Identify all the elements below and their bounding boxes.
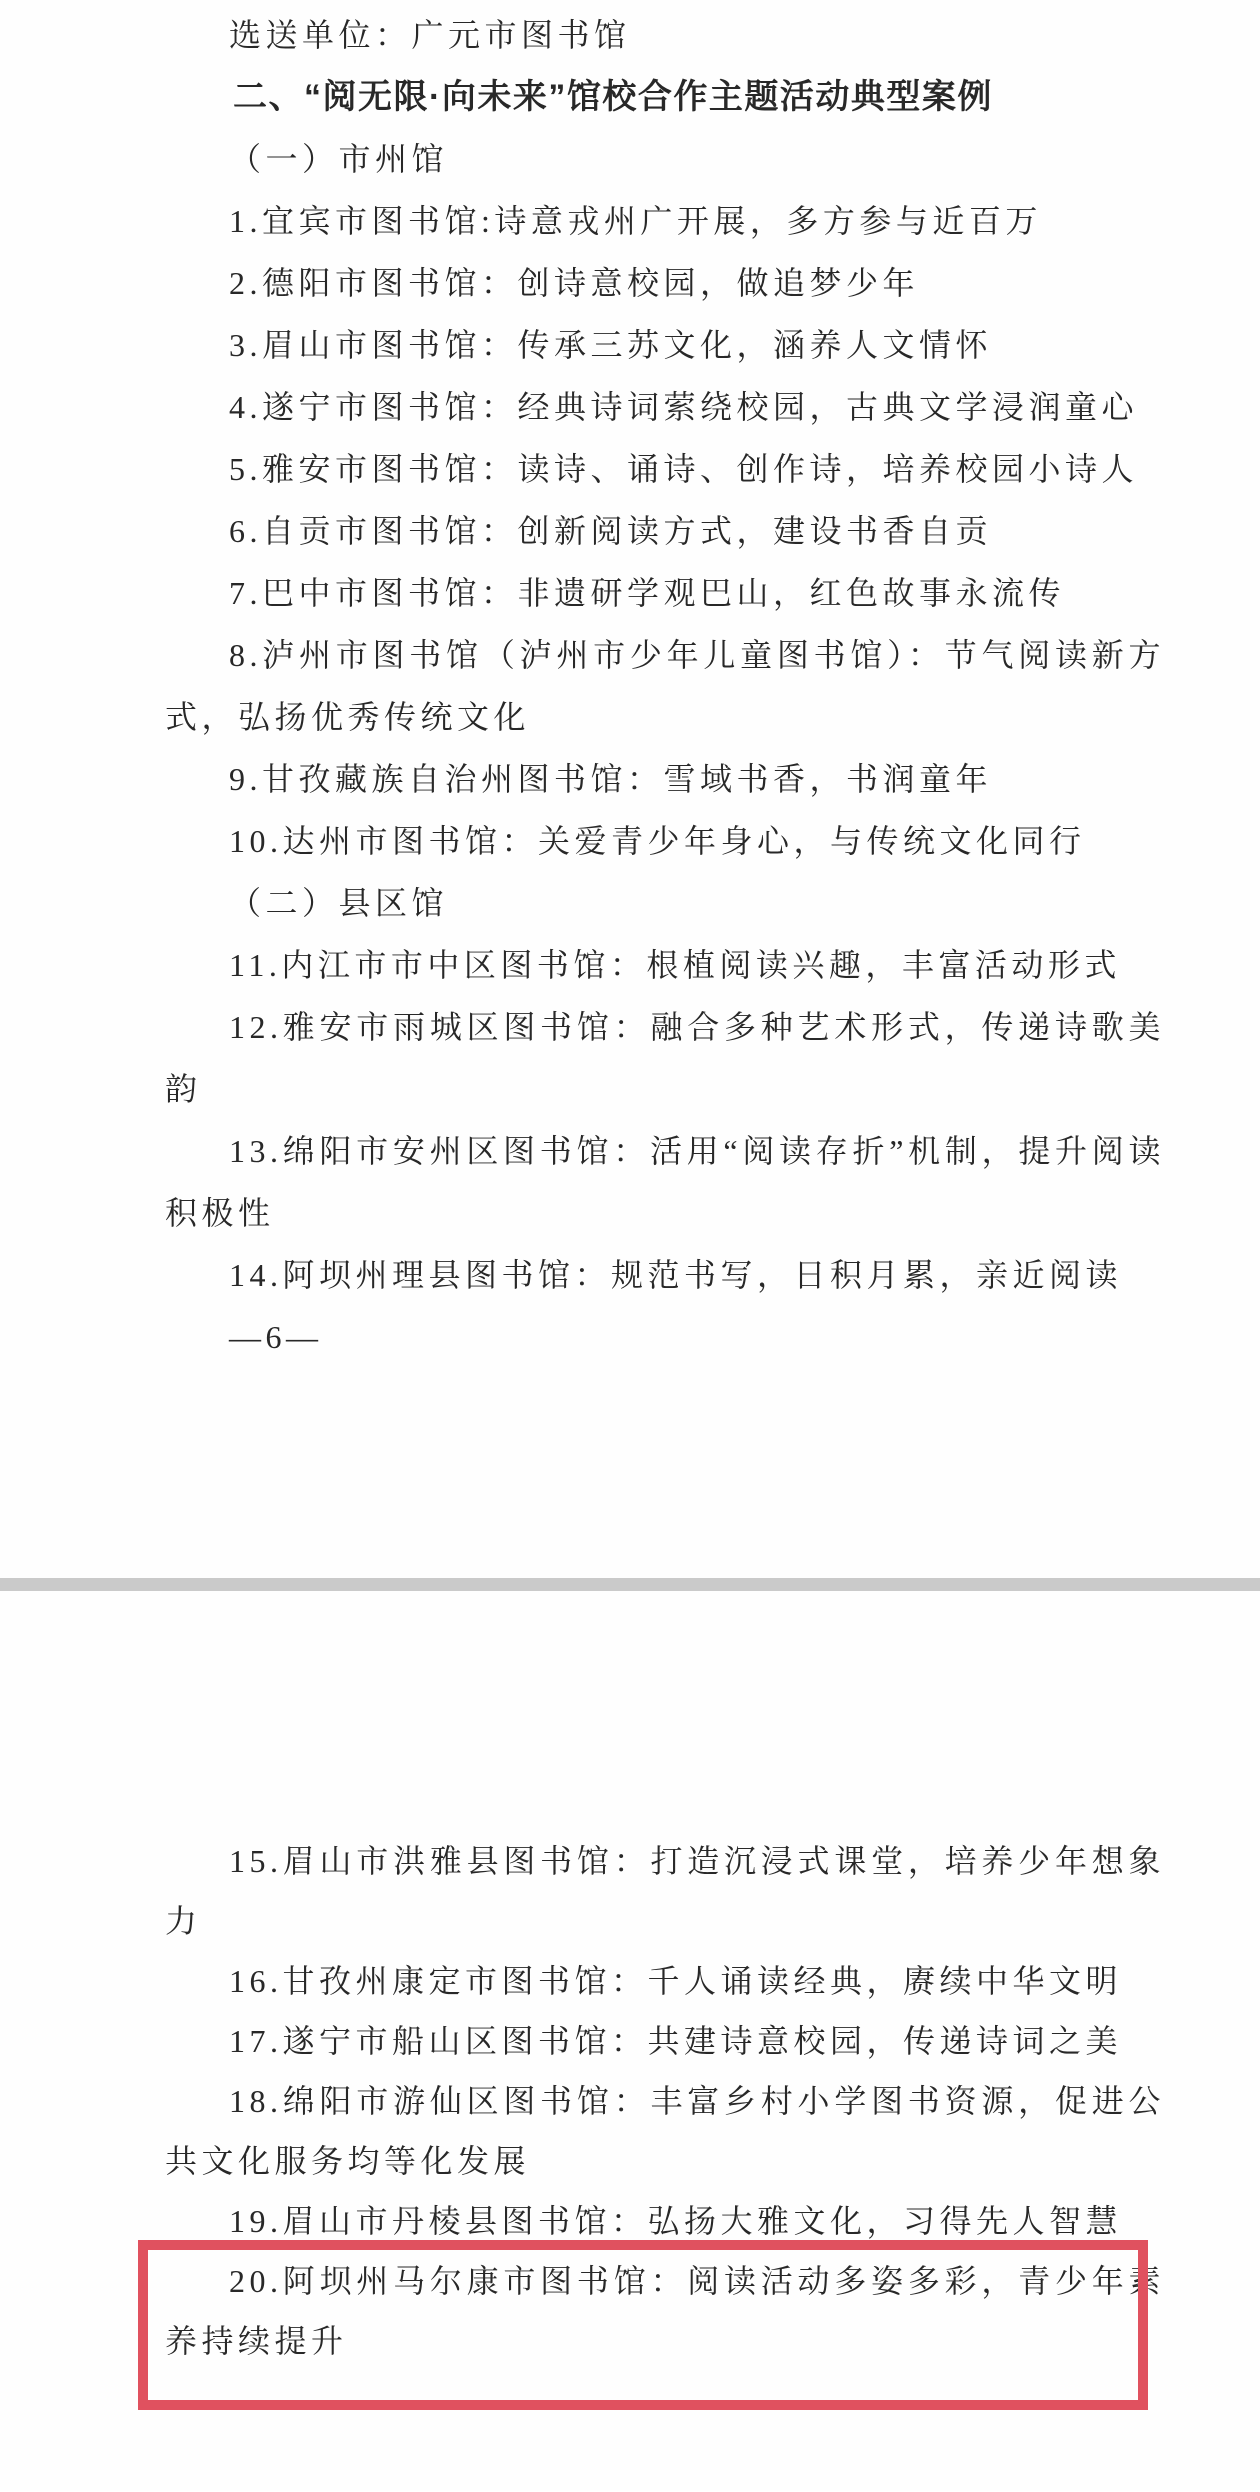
case-item-15: 15.眉山市洪雅县图书馆：打造沉浸式课堂，培养少年想象力 — [165, 1831, 1165, 1951]
case-item-4: 4.遂宁市图书馆：经典诗词萦绕校园，古典文学浸润童心 — [165, 376, 1165, 438]
case-item-1: 1.宜宾市图书馆:诗意戎州广开展，多方参与近百万 — [165, 190, 1165, 252]
case-item-3: 3.眉山市图书馆：传承三苏文化，涵养人文情怀 — [165, 314, 1165, 376]
subsection-county-libraries: （二）县区馆 — [165, 872, 1165, 934]
section-heading: 二、“阅无限·向未来”馆校合作主题活动典型案例 — [165, 66, 1165, 128]
page-number: —6— — [165, 1306, 1165, 1368]
case-item-2: 2.德阳市图书馆：创诗意校园，做追梦少年 — [165, 252, 1165, 314]
subsection-city-libraries: （一）市州馆 — [165, 128, 1165, 190]
case-item-12: 12.雅安市雨城区图书馆：融合多种艺术形式，传递诗歌美韵 — [165, 996, 1165, 1120]
document-page-7: 15.眉山市洪雅县图书馆：打造沉浸式课堂，培养少年想象力 16.甘孜州康定市图书… — [0, 1591, 1260, 2491]
case-item-8: 8.泸州市图书馆（泸州市少年儿童图书馆）：节气阅读新方式，弘扬优秀传统文化 — [165, 624, 1165, 748]
case-item-6: 6.自贡市图书馆：创新阅读方式，建设书香自贡 — [165, 500, 1165, 562]
case-item-7: 7.巴中市图书馆：非遗研学观巴山，红色故事永流传 — [165, 562, 1165, 624]
case-item-13: 13.绵阳市安州区图书馆：活用“阅读存折”机制，提升阅读积极性 — [165, 1120, 1165, 1244]
submitter-line: 选送单位：广元市图书馆 — [165, 4, 1165, 66]
case-item-19: 19.眉山市丹棱县图书馆：弘扬大雅文化，习得先人智慧 — [165, 2191, 1165, 2251]
case-item-16: 16.甘孜州康定市图书馆：千人诵读经典，赓续中华文明 — [165, 1951, 1165, 2011]
case-item-17: 17.遂宁市船山区图书馆：共建诗意校园，传递诗词之美 — [165, 2011, 1165, 2071]
case-item-5: 5.雅安市图书馆：读诗、诵诗、创作诗，培养校园小诗人 — [165, 438, 1165, 500]
page-break-divider — [0, 1578, 1260, 1591]
case-item-11: 11.内江市市中区图书馆：根植阅读兴趣，丰富活动形式 — [165, 934, 1165, 996]
document-page-6: 选送单位：广元市图书馆 二、“阅无限·向未来”馆校合作主题活动典型案例 （一）市… — [0, 0, 1260, 1578]
case-item-10: 10.达州市图书馆：关爱青少年身心，与传统文化同行 — [165, 810, 1165, 872]
case-item-20-highlighted: 20.阿坝州马尔康市图书馆：阅读活动多姿多彩，青少年素养持续提升 — [165, 2251, 1165, 2371]
case-item-9: 9.甘孜藏族自治州图书馆：雪域书香，书润童年 — [165, 748, 1165, 810]
case-item-14: 14.阿坝州理县图书馆：规范书写，日积月累，亲近阅读 — [165, 1244, 1165, 1306]
case-item-18: 18.绵阳市游仙区图书馆：丰富乡村小学图书资源，促进公共文化服务均等化发展 — [165, 2071, 1165, 2191]
